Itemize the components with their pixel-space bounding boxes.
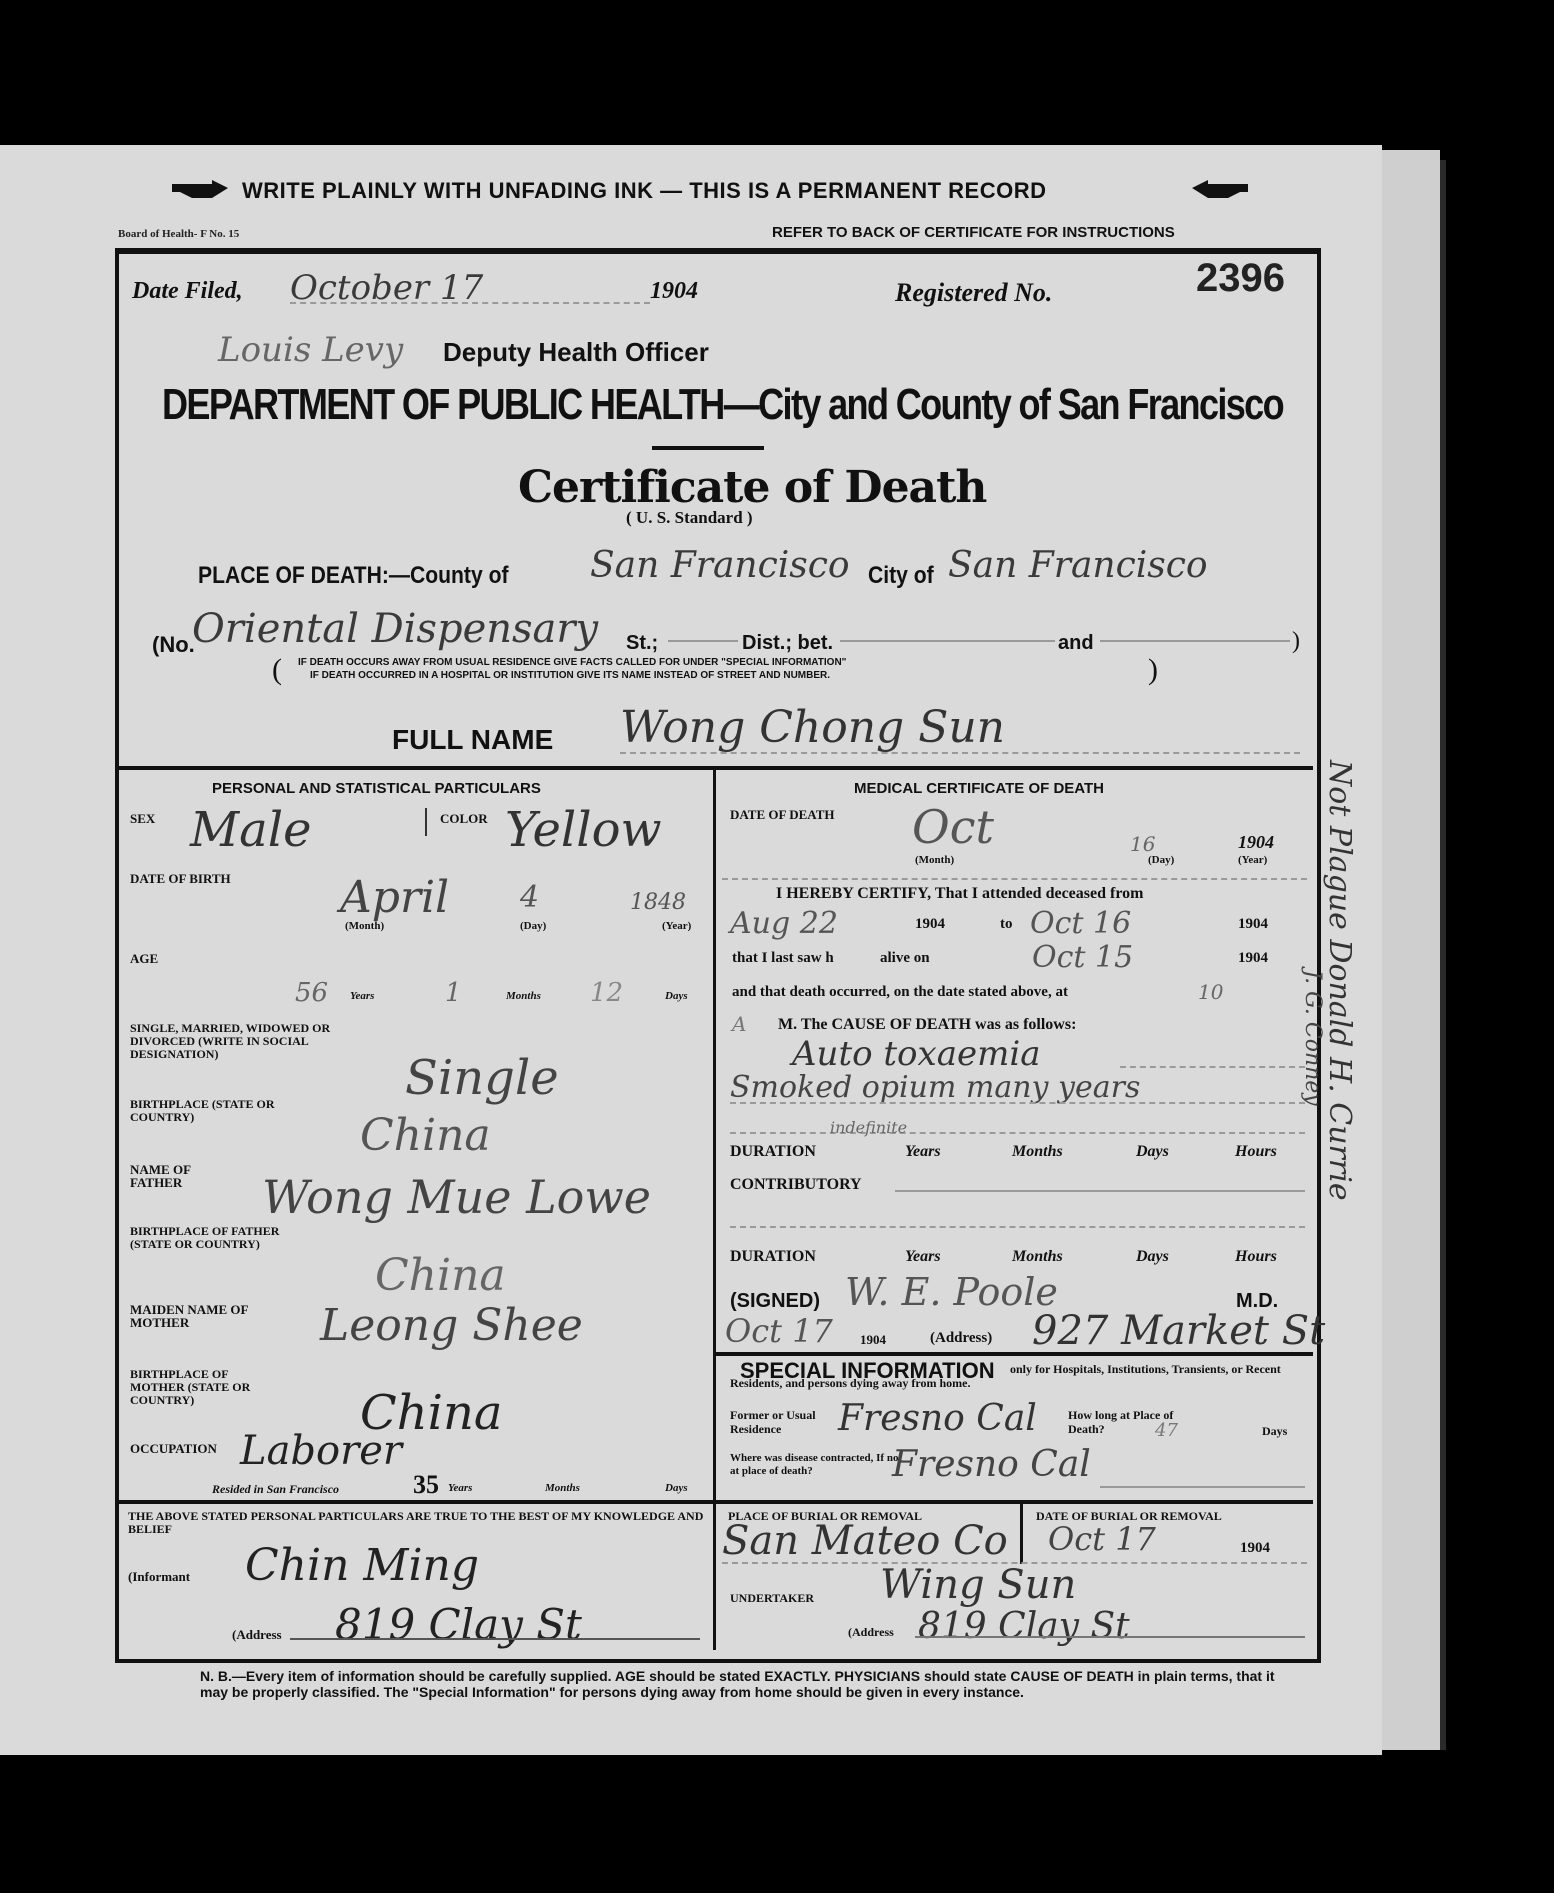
occupation-value: Laborer [240, 1428, 402, 1474]
pointing-hand-icon [1188, 178, 1248, 207]
residence-value: Fresno Cal [838, 1398, 1037, 1439]
birthplace-label: BIRTHPLACE (State or Country) [130, 1098, 280, 1124]
alive-label: alive on [880, 950, 930, 967]
attended-to: Oct 16 [1030, 906, 1131, 941]
dob-label: DATE OF BIRTH [130, 872, 231, 885]
undertaker-label: UNDERTAKER [730, 1592, 814, 1605]
undertaker-address-label: (Address [848, 1626, 894, 1639]
margin-note-line-1: Not Plague Donald H. Currie [1322, 760, 1357, 1201]
father-value: Wong Mue Lowe [262, 1170, 651, 1224]
special-subheading: only for Hospitals, Institutions, Transi… [730, 1362, 1305, 1390]
duration-note: indefinite [830, 1118, 907, 1137]
contracted-value: Fresno Cal [892, 1444, 1091, 1485]
physician-signature: W. E. Poole [845, 1270, 1058, 1314]
last-saw-label: that I last saw h [732, 950, 834, 967]
personal-heading: PERSONAL AND STATISTICAL PARTICULARS [212, 780, 541, 797]
informant-name: Chin Ming [245, 1540, 479, 1591]
cause-line-2: Smoked opium many years [730, 1070, 1140, 1105]
death-month-caption: (Month) [915, 854, 954, 866]
sex-label: SEX [130, 812, 155, 825]
dob-day: 4 [520, 880, 539, 915]
burial-date: Oct 17 [1048, 1520, 1156, 1558]
age-days: 12 [590, 978, 623, 1008]
signed-year: 1904 [860, 1332, 886, 1348]
date-filed-year: 1904 [650, 278, 698, 305]
duration-months: Months [1012, 1143, 1063, 1161]
informant-label: (Informant [128, 1570, 190, 1583]
residence-label: Former or Usual Residence [730, 1408, 830, 1436]
resided-years-caption: Years [448, 1482, 472, 1494]
registered-label: Registered No. [895, 278, 1052, 308]
attended-to-year: 1904 [1238, 916, 1268, 933]
years-caption: Years [350, 990, 374, 1002]
page-edge-shadow [1440, 160, 1446, 1750]
physician-address: 927 Market St [1032, 1308, 1325, 1354]
informant-address: 819 Clay St [335, 1600, 582, 1649]
full-name-value: Wong Chong Sun [620, 702, 1005, 753]
month-caption: (Month) [345, 920, 384, 932]
street-label: St.; [626, 632, 658, 655]
marital-label: SINGLE, MARRIED, WIDOWED OR DIVORCED (Wr… [130, 1022, 360, 1061]
marital-value: Single [405, 1050, 559, 1106]
signed-date: Oct 17 [725, 1312, 833, 1350]
officer-title: Deputy Health Officer [443, 337, 709, 368]
undertaker-address: 819 Clay St [918, 1606, 1130, 1647]
institution-value: Oriental Dispensary [192, 606, 598, 652]
days-caption: Days [665, 990, 688, 1002]
occurred-text: and that death occurred, on the date sta… [732, 984, 1068, 1001]
city-value: San Francisco [948, 545, 1208, 586]
full-name-label: FULL NAME [392, 724, 553, 756]
duration-months-2: Months [1012, 1248, 1063, 1266]
sex-value: Male [190, 802, 312, 858]
banner-text: WRITE PLAINLY WITH UNFADING INK — THIS I… [242, 178, 1047, 204]
officer-signature: Louis Levy [218, 330, 403, 370]
signed-label: (SIGNED) [730, 1290, 820, 1313]
occupation-label: OCCUPATION [130, 1442, 217, 1455]
father-label: NAME OF FATHER [130, 1163, 220, 1189]
day-caption: (Day) [520, 920, 546, 932]
resided-label: Resided in San Francisco [212, 1482, 339, 1497]
last-saw-year: 1904 [1238, 950, 1268, 967]
duration-years: Years [905, 1143, 941, 1161]
form-id: Board of Health- F No. 15 [118, 228, 239, 240]
mother-label: MAIDEN NAME OF MOTHER [130, 1303, 270, 1329]
contributory-label: CONTRIBUTORY [730, 1176, 862, 1194]
dob-month: April [340, 872, 449, 923]
informant-address-label: (Address [232, 1628, 282, 1641]
and-label: and [1058, 632, 1094, 655]
department-heading: DEPARTMENT OF PUBLIC HEALTH—City and Cou… [162, 380, 1283, 430]
months-caption: Months [506, 990, 541, 1002]
age-months: 1 [445, 978, 462, 1008]
cause-label: M. The CAUSE OF DEATH was as follows: [778, 1016, 1076, 1034]
duration-label: DURATION [730, 1143, 816, 1161]
city-label: City of [868, 562, 934, 590]
age-years: 56 [295, 978, 328, 1008]
attended-from: Aug 22 [730, 906, 838, 941]
resided-days-caption: Days [665, 1482, 688, 1494]
resided-years: 35 [413, 1470, 439, 1500]
death-day: 16 [1130, 832, 1155, 856]
district-label: Dist.; bet. [742, 632, 833, 655]
death-year: 1904 [1238, 832, 1274, 853]
color-label: COLOR [440, 812, 488, 825]
how-long-days: Days [1262, 1424, 1287, 1439]
certify-text: I HEREBY CERTIFY, That I attended deceas… [776, 885, 1143, 903]
duration-hours: Hours [1235, 1143, 1277, 1161]
county-value: San Francisco [590, 545, 850, 586]
dob-year: 1848 [630, 890, 686, 915]
place-note-1: IF DEATH OCCURS AWAY FROM USUAL RESIDENC… [298, 657, 846, 668]
duration-days-2: Days [1136, 1248, 1169, 1266]
resided-months-caption: Months [545, 1482, 580, 1494]
last-saw-date: Oct 15 [1032, 940, 1133, 975]
duration-hours-2: Hours [1235, 1248, 1277, 1266]
death-year-caption: (Year) [1238, 854, 1267, 866]
color-value: Yellow [505, 802, 662, 858]
date-filed-label: Date Filed, [132, 278, 243, 305]
place-note-2: IF DEATH OCCURRED IN A HOSPITAL OR INSTI… [310, 670, 830, 681]
father-birthplace-label: BIRTHPLACE OF FATHER (State or Country) [130, 1225, 280, 1251]
how-long-value: 47 [1155, 1420, 1178, 1441]
death-ampm: A [732, 1012, 746, 1036]
undertaker-name: Wing Sun [880, 1562, 1076, 1608]
mother-birthplace-label: BIRTHPLACE OF MOTHER (State or Country) [130, 1368, 280, 1407]
pointing-hand-icon [172, 178, 182, 188]
duration-years-2: Years [905, 1248, 941, 1266]
death-day-caption: (Day) [1148, 854, 1174, 866]
footnote: N. B.—Every item of information should b… [140, 1668, 1280, 1700]
burial-year: 1904 [1240, 1540, 1270, 1557]
instructions-note: REFER TO BACK OF CERTIFICATE FOR INSTRUC… [772, 224, 1175, 241]
page-edge [1382, 150, 1440, 1750]
certificate-subtitle: ( U. S. Standard ) [626, 508, 753, 528]
mother-value: Leong Shee [320, 1300, 583, 1351]
year-caption: (Year) [662, 920, 691, 932]
contracted-label: Where was disease contracted, If not at … [730, 1452, 910, 1478]
certificate-title: Certificate of Death [518, 462, 986, 513]
cause-line-1: Auto toxaemia [792, 1034, 1040, 1074]
duration-days: Days [1136, 1143, 1169, 1161]
margin-note-line-2: J. G. Conney [1300, 970, 1325, 1106]
informant-statement: THE ABOVE STATED PERSONAL PARTICULARS AR… [128, 1510, 708, 1536]
death-date-label: DATE OF DEATH [730, 808, 835, 821]
death-time: 10 [1198, 980, 1223, 1004]
age-label: AGE [130, 952, 158, 965]
registered-number: 2396 [1196, 256, 1285, 301]
duration-label-2: DURATION [730, 1248, 816, 1266]
number-label: (No. [152, 632, 195, 658]
attended-from-year: 1904 [915, 916, 945, 933]
to-label: to [1000, 916, 1013, 933]
birthplace-value: China [360, 1110, 491, 1161]
burial-place: San Mateo Co [722, 1518, 1008, 1564]
physician-address-label: (Address) [930, 1330, 992, 1347]
father-birthplace-value: China [375, 1250, 506, 1301]
death-month: Oct [912, 800, 994, 854]
medical-heading: MEDICAL CERTIFICATE OF DEATH [854, 780, 1104, 797]
place-of-death-label: PLACE OF DEATH:—County of [198, 562, 509, 590]
